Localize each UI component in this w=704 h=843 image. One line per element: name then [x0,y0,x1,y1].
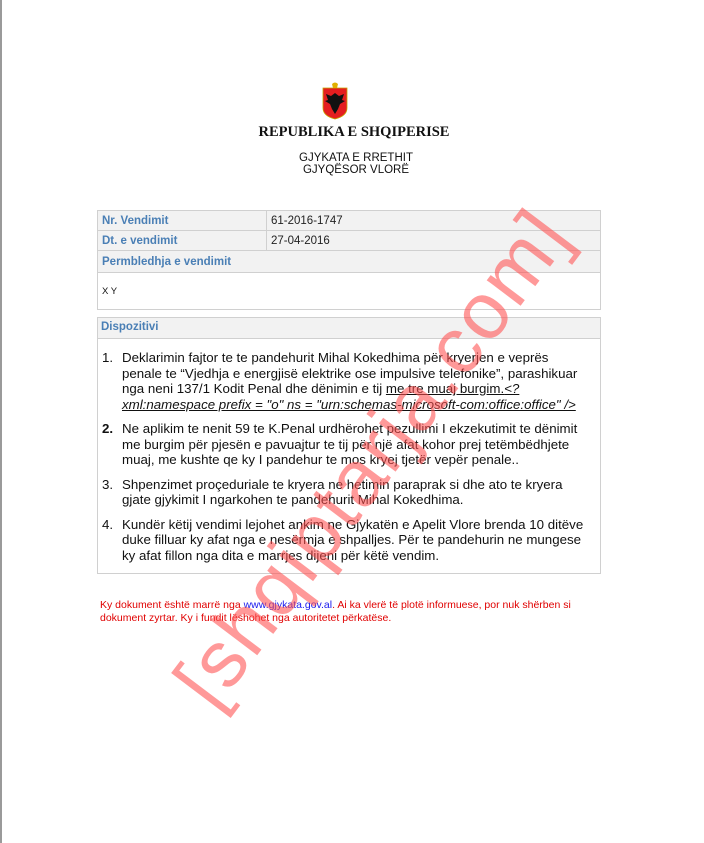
decision-number-label: Nr. Vendimit [98,211,267,231]
row-summary-value: X Y [98,273,601,310]
summary-label: Permbledhja e vendimit [98,251,601,273]
dispozitivi-item: 2. Ne aplikim te nenit 59 te K.Penal urd… [102,421,592,468]
decision-number-value: 61-2016-1747 [267,211,601,231]
disclaimer-text-before: Ky dokument është marrë nga [100,599,244,611]
disclaimer: Ky dokument është marrë nga www.gjykata.… [100,599,610,625]
decision-date-value: 27-04-2016 [267,231,601,251]
row-decision-number: Nr. Vendimit 61-2016-1747 [98,211,601,231]
dispozitivi-item: 4. Kundër këtij vendimi lejohet ankim ne… [102,517,592,564]
item-text: Shpenzimet proçeduriale te kryera ne het… [122,477,592,508]
dispozitivi-section: Dispozitivi 1. Deklarimin fajtor te te p… [97,317,601,574]
court-line-1: GJYKATA E RRETHIT [8,152,704,164]
item-text: Kundër këtij vendimi lejohet ankim ne Gj… [122,517,592,564]
dispozitivi-title: Dispozitivi [98,318,600,339]
item-text: Deklarimin fajtor te te pandehurit Mihal… [122,350,592,412]
item-number: 2. [102,421,122,468]
item-number: 1. [102,350,122,412]
court-name: GJYKATA E RRETHIT GJYQËSOR VLORË [0,152,704,176]
summary-value: X Y [98,273,601,310]
item-text-underlined: me tre muaj burgim. [386,381,504,396]
dispozitivi-body: 1. Deklarimin fajtor te te pandehurit Mi… [98,339,600,573]
gjykata-link[interactable]: www.gjykata.gov.al [244,599,333,611]
item-number: 4. [102,517,122,564]
dispozitivi-item: 3. Shpenzimet proçeduriale te kryera ne … [102,477,592,508]
item-text: Ne aplikim te nenit 59 te K.Penal urdhër… [122,421,592,468]
dispozitivi-item: 1. Deklarimin fajtor te te pandehurit Mi… [102,350,592,412]
row-summary-label: Permbledhja e vendimit [98,251,601,273]
albanian-emblem-icon [322,82,348,120]
decision-info-table: Nr. Vendimit 61-2016-1747 Dt. e vendimit… [97,210,601,310]
decision-date-label: Dt. e vendimit [98,231,267,251]
court-line-2: GJYQËSOR VLORË [8,164,704,176]
row-decision-date: Dt. e vendimit 27-04-2016 [98,231,601,251]
item-number: 3. [102,477,122,508]
republic-title: REPUBLIKA E SHQIPERISE [0,124,704,141]
